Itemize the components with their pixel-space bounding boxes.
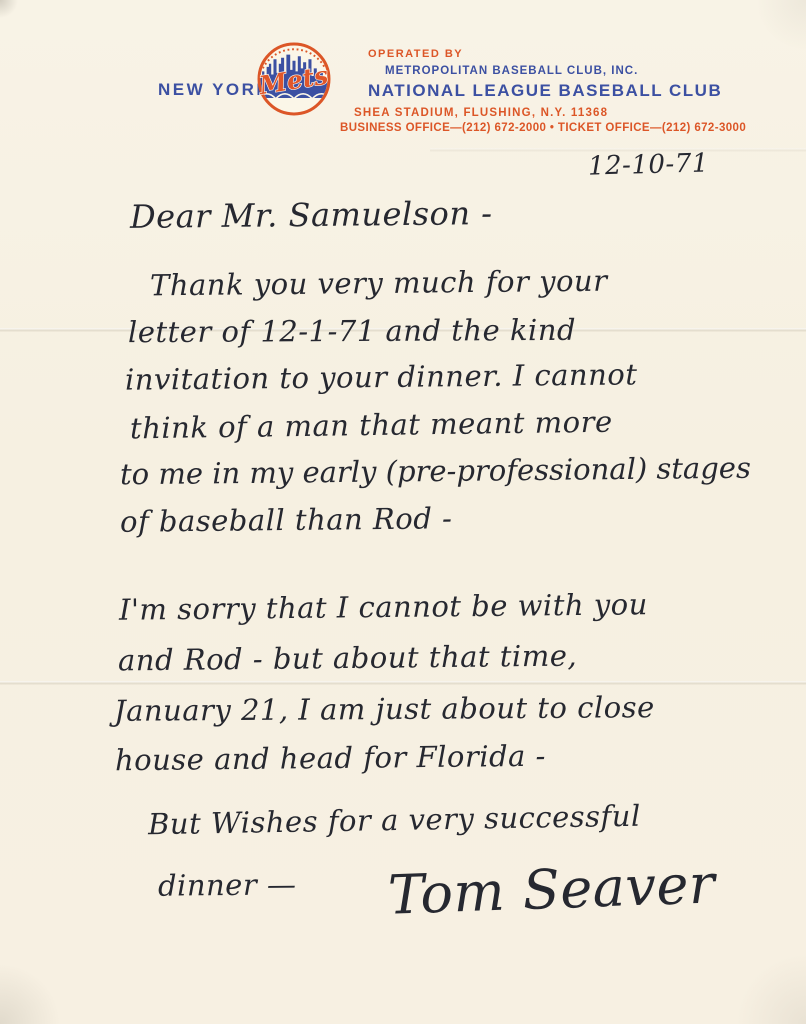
handwritten-line: letter of 12-1-71 and the kind bbox=[128, 313, 576, 349]
letterhead-operator: METROPOLITAN BASEBALL CLUB, INC. bbox=[385, 65, 638, 77]
handwritten-line: But Wishes for a very successful bbox=[148, 799, 641, 842]
handwritten-closing: dinner — bbox=[158, 867, 297, 902]
handwritten-date: 12-10-71 bbox=[588, 148, 710, 181]
handwritten-line: Thank you very much for your bbox=[150, 264, 608, 303]
letterhead-address-line: SHEA STADIUM, FLUSHING, N.Y. 11368 bbox=[354, 107, 608, 119]
handwritten-line: to me in my early (pre-professional) sta… bbox=[120, 451, 751, 492]
handwritten-line: of baseball than Rod - bbox=[120, 501, 453, 538]
handwritten-salutation: Dear Mr. Samuelson - bbox=[130, 194, 493, 236]
letterhead-phone-line: BUSINESS OFFICE—(212) 672-2000 • TICKET … bbox=[340, 122, 746, 134]
handwritten-line: invitation to your dinner. I cannot bbox=[125, 357, 638, 396]
handwritten-line: house and head for Florida - bbox=[115, 739, 546, 778]
fold-crease-bottom bbox=[0, 681, 806, 685]
letter-page: NEW YORK Mets OPERATED BY METROPOLITAN B… bbox=[0, 0, 806, 1024]
handwritten-line: January 21, I am just about to close bbox=[114, 690, 655, 728]
handwritten-line: and Rod - but about that time, bbox=[118, 639, 577, 678]
letterhead-city: NEW YORK bbox=[158, 80, 271, 100]
signature: Tom Seaver bbox=[387, 852, 716, 926]
handwritten-line: I'm sorry that I cannot be with you bbox=[119, 587, 648, 627]
handwritten-line: think of a man that meant more bbox=[130, 405, 613, 446]
mets-logo-icon: Mets bbox=[256, 41, 332, 117]
letterhead-operated-by: OPERATED BY bbox=[368, 48, 463, 60]
letterhead-club-line: NATIONAL LEAGUE BASEBALL CLUB bbox=[368, 81, 722, 101]
